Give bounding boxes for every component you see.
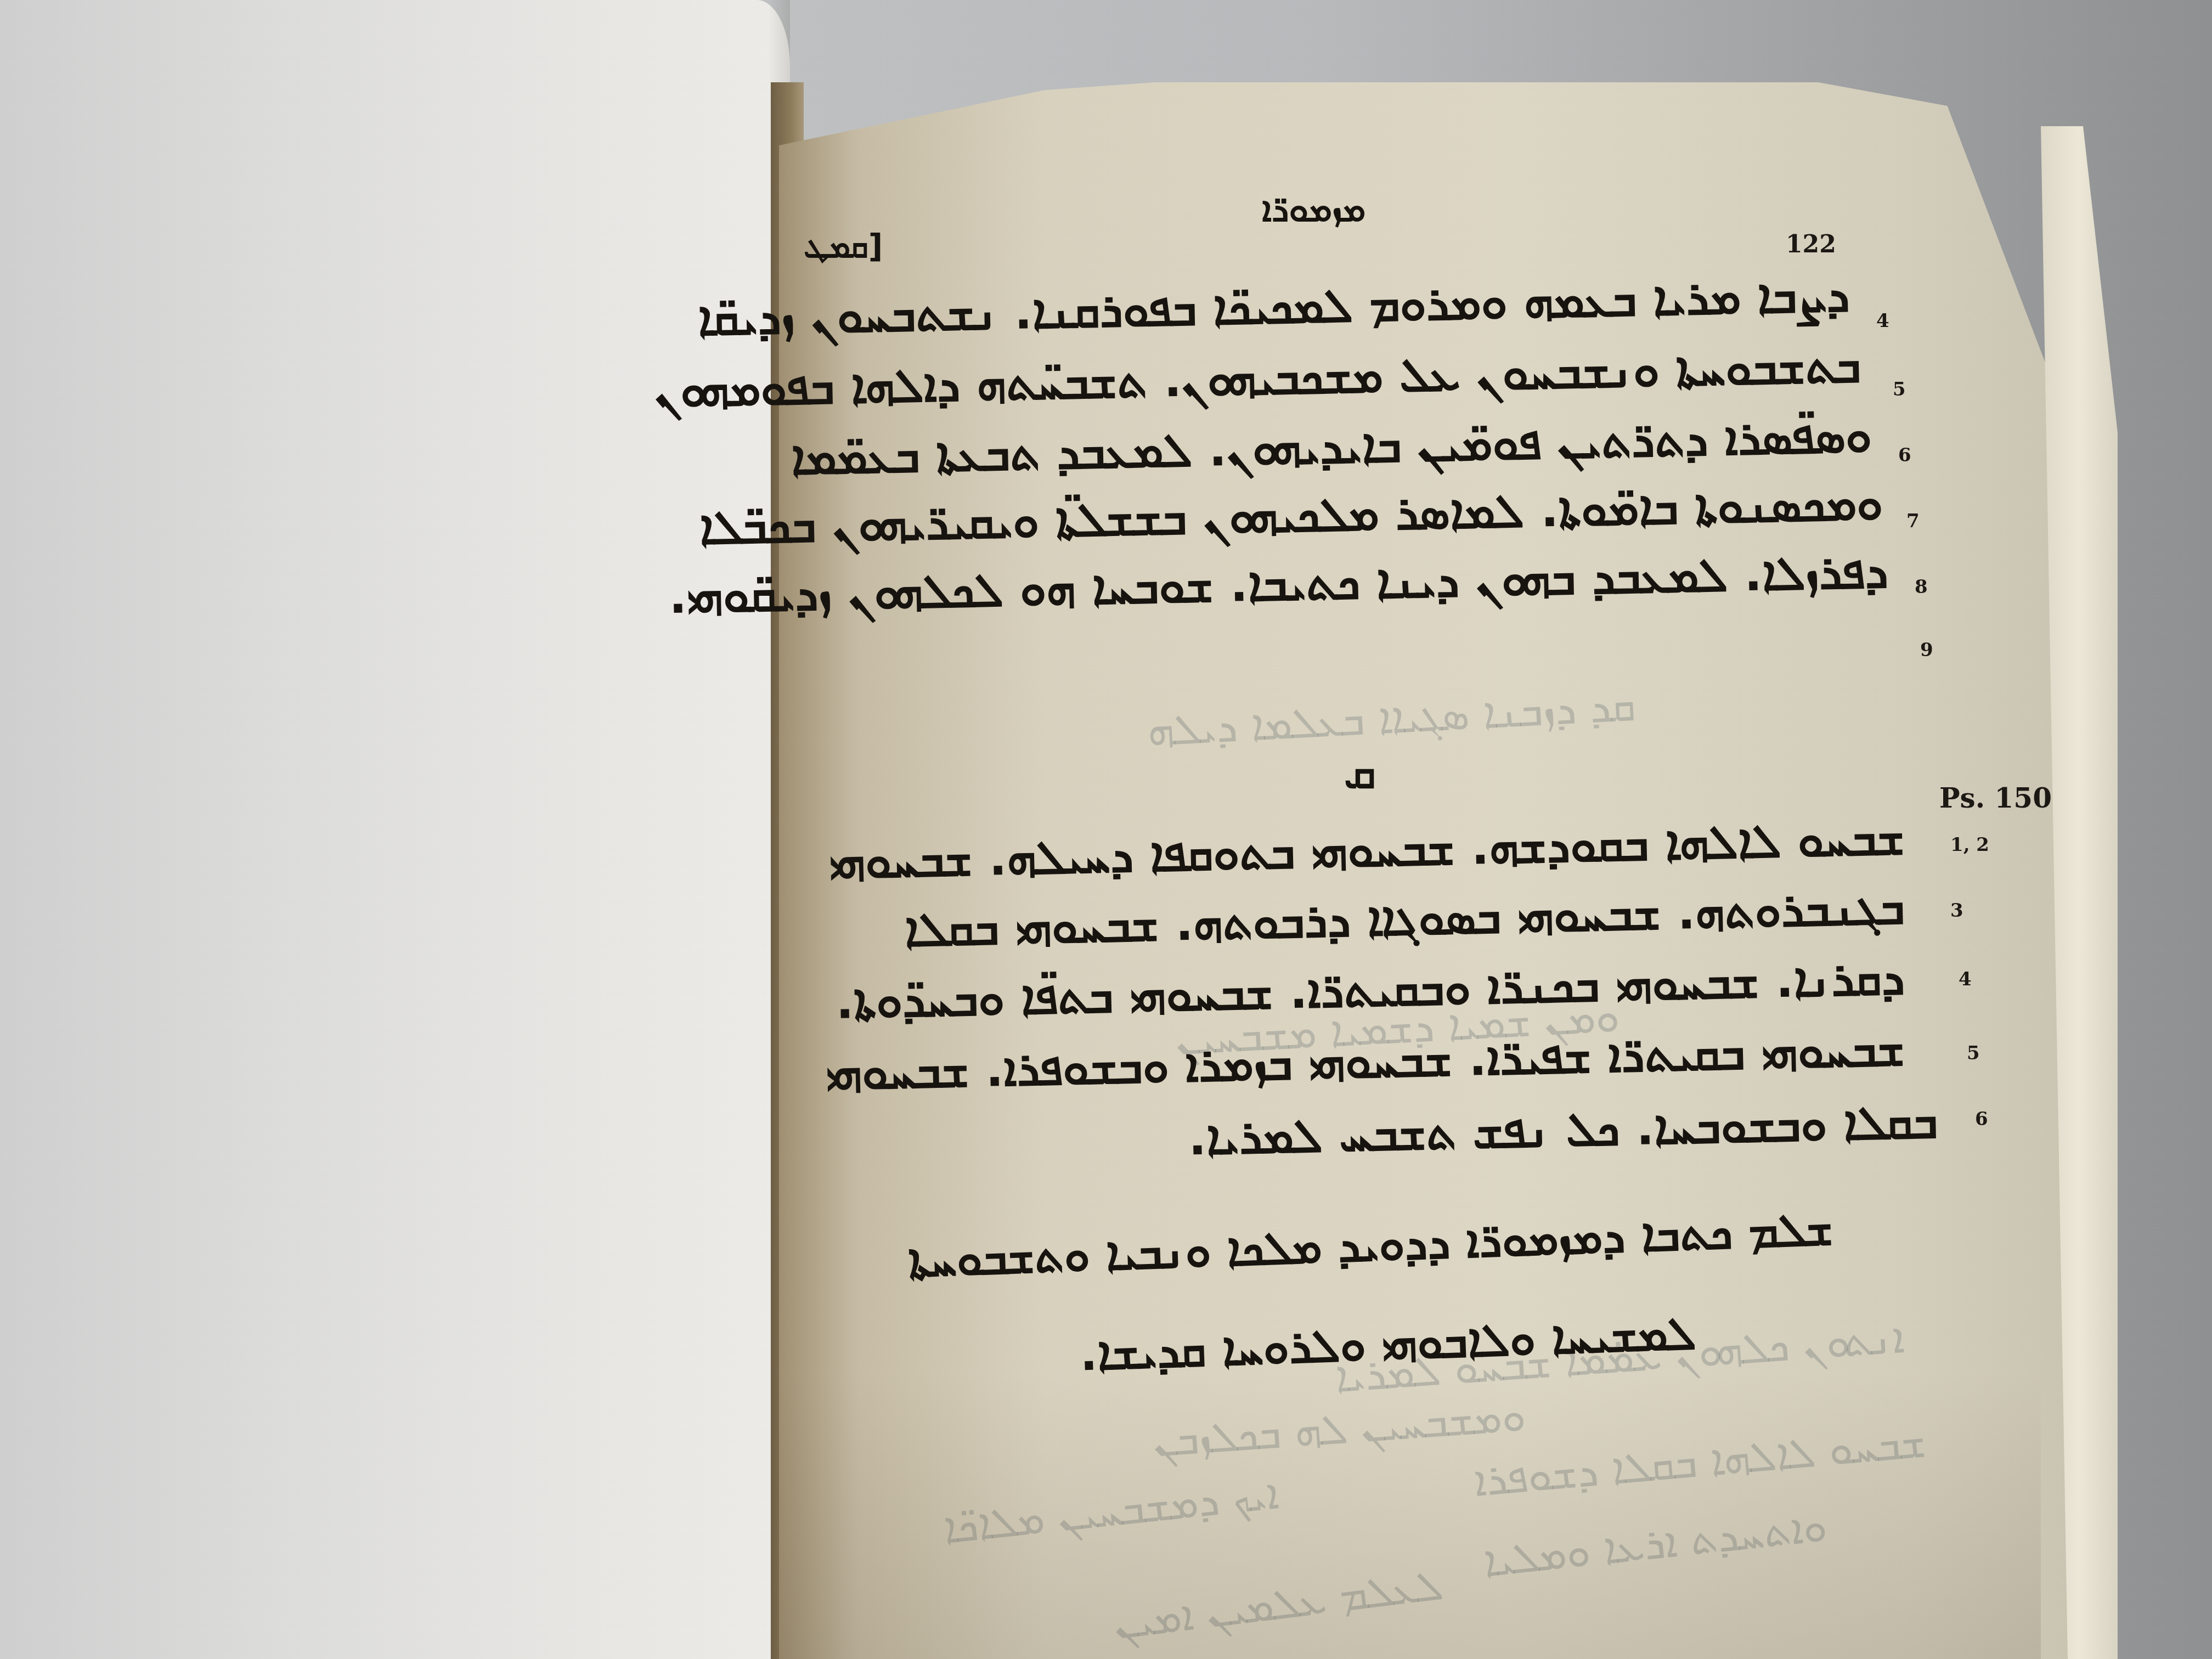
psalm-150-label: Ps. 150 — [1939, 782, 2052, 814]
verse-number: 4 — [1959, 968, 1972, 990]
running-head: ܡܙܡܘܪ̈ܐ — [1262, 189, 1365, 230]
page-shadow — [779, 1372, 2041, 1659]
left-blank-page — [0, 0, 790, 1659]
section-marker: ܩ — [1344, 749, 1376, 799]
verse-number: 5 — [1893, 379, 1906, 400]
verse-number: 6 — [1975, 1108, 1988, 1130]
verse-number: 9 — [1920, 639, 1933, 661]
page-number: 122 — [1786, 230, 1836, 258]
verse-number: 8 — [1915, 576, 1928, 598]
verse-number: 1, 2 — [1950, 834, 1989, 856]
psalm-reference: [ܩܡܛ — [804, 228, 883, 266]
verse-number: 6 — [1898, 444, 1911, 466]
verse-number: 4 — [1876, 310, 1889, 332]
verse-number: 7 — [1906, 510, 1920, 532]
verse-number: 3 — [1950, 900, 1963, 922]
verse-number: 5 — [1967, 1042, 1980, 1064]
